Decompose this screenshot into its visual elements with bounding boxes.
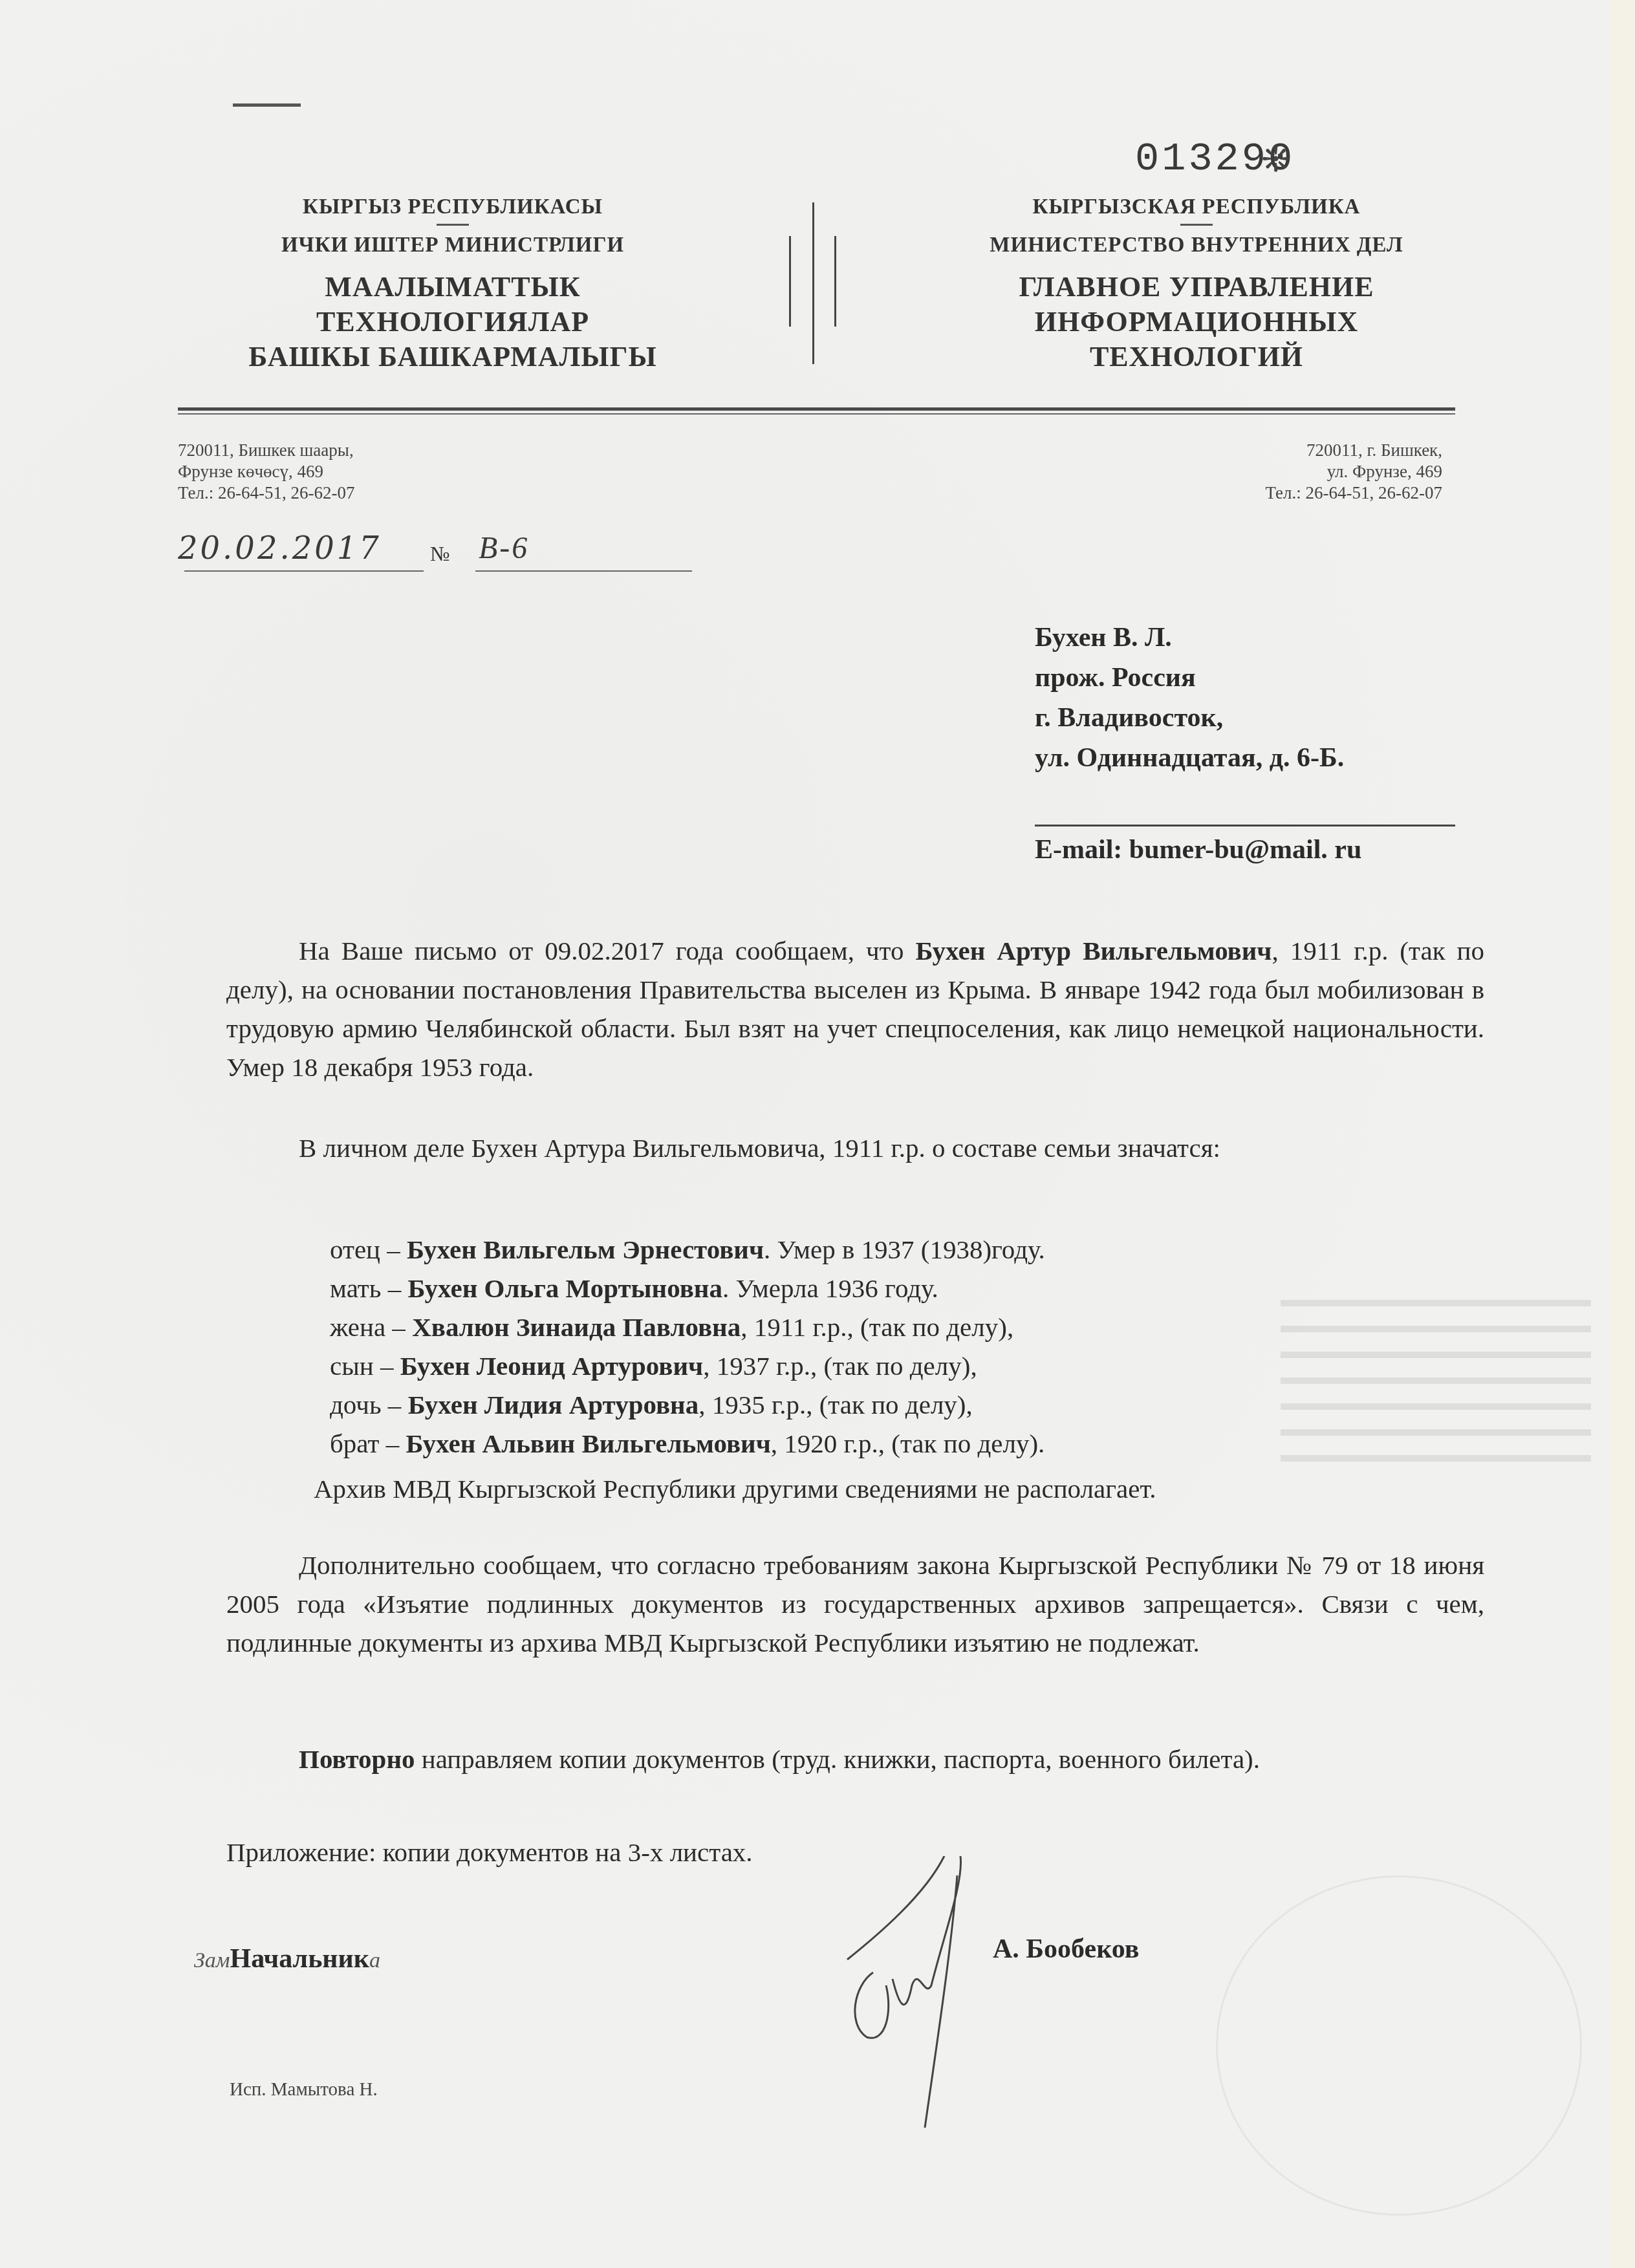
header-rule-thin — [178, 413, 1455, 415]
p4-bold: Повторно — [299, 1744, 415, 1774]
address-line: Фрунзе көчөсү, 469 — [178, 461, 354, 482]
signatory-name: А. Бообеков — [993, 1934, 1139, 1965]
position-prefix-handwritten: Зам — [194, 1949, 230, 1972]
member-note: , 1920 г.р., (так по делу). — [771, 1429, 1045, 1458]
scan-edge — [1610, 0, 1635, 2268]
recipient-block: Бухен В. Л. прож. Россия г. Владивосток,… — [1035, 618, 1344, 778]
family-member-row: жена – Хвалюн Зинаида Павловна, 1911 г.р… — [330, 1308, 1045, 1346]
serial-mark-icon: ❊ — [1261, 139, 1290, 180]
family-member-row: дочь – Бухен Лидия Артуровна, 1935 г.р.,… — [330, 1385, 1045, 1424]
address-line: ул. Фрунзе, 469 — [1099, 461, 1442, 482]
relation: сын – — [330, 1351, 400, 1381]
registration-date: 20.02.2017 — [178, 530, 382, 567]
family-member-row: сын – Бухен Леонид Артурович, 1937 г.р.,… — [330, 1346, 1045, 1385]
header-left-department: Маалыматтык Технологиялар Башкы башкарма… — [162, 270, 744, 374]
family-member-row: мать – Бухен Ольга Мортыновна. Умерла 19… — [330, 1269, 1045, 1308]
member-name: Бухен Лидия Артуровна — [408, 1390, 699, 1420]
executor-note: Исп. Мамытова Н. — [230, 2079, 378, 2101]
header-left-dept-line: Башкы башкармалыгы — [162, 340, 744, 374]
address-right: 720011, г. Бишкек, ул. Фрунзе, 469 Тел.:… — [1099, 440, 1442, 504]
position-suffix-handwritten: а — [369, 1949, 380, 1972]
faint-stamp — [1216, 1875, 1582, 2216]
relation: брат – — [330, 1429, 406, 1458]
address-line: 720011, г. Бишкек, — [1099, 440, 1442, 461]
handwritten-signature — [796, 1856, 990, 2128]
relation: отец – — [330, 1235, 407, 1264]
family-member-row: брат – Бухен Альвин Вильгельмович, 1920 … — [330, 1424, 1045, 1463]
body-paragraph-4: Повторно направляем копии документов (тр… — [226, 1740, 1484, 1778]
member-note: , 1937 г.р., (так по делу), — [703, 1351, 977, 1381]
p4-rest: направляем копии документов (труд. книжк… — [415, 1744, 1261, 1774]
address-line: Тел.: 26-64-51, 26-62-07 — [1099, 482, 1442, 504]
header-left-divider — [437, 224, 469, 226]
corner-mark — [233, 103, 301, 107]
archive-note: Архив МВД Кыргызской Республики другими … — [314, 1473, 1156, 1504]
header-left-dept-line: Маалыматтык — [162, 270, 744, 305]
recipient-email: E-mail: bumer-bu@mail. ru — [1035, 834, 1361, 865]
header-right-dept-line: Главное управление — [905, 270, 1488, 305]
header-left: Кыргыз Республикасы Ички иштер министрли… — [162, 194, 744, 374]
signatory-position: ЗамНачальника — [194, 1943, 380, 1974]
member-note: . Умер в 1937 (1938)году. — [764, 1235, 1045, 1264]
member-name: Бухен Альвин Вильгельмович — [406, 1429, 770, 1458]
recipient-rule — [1035, 825, 1455, 826]
registration-line: 20.02.2017 № В-6 — [178, 530, 715, 569]
address-line: Тел.: 26-64-51, 26-62-07 — [178, 482, 354, 504]
p1-text-a: На Ваше письмо от 09.02.2017 года сообща… — [299, 936, 916, 966]
header-right: Кыргызская Республика Министерство внутр… — [905, 194, 1488, 374]
registration-number-label: № — [430, 542, 450, 566]
member-name: Бухен Вильгельм Эрнестович — [407, 1235, 764, 1264]
member-name: Хвалюн Зинаида Павловна — [412, 1312, 741, 1342]
member-note: , 1911 г.р., (так по делу), — [741, 1312, 1013, 1342]
relation: мать – — [330, 1273, 407, 1303]
relation: дочь – — [330, 1390, 408, 1420]
body-paragraph-3: Дополнительно сообщаем, что согласно тре… — [226, 1546, 1484, 1662]
relation: жена – — [330, 1312, 412, 1342]
header-right-divider — [1180, 224, 1213, 226]
registration-number-underline — [475, 570, 692, 572]
member-name: Бухен Ольга Мортыновна — [407, 1273, 722, 1303]
p1-person-name: Бухен Артур Вильгельмович — [916, 936, 1272, 966]
address-left: 720011, Бишкек шаары, Фрунзе көчөсү, 469… — [178, 440, 354, 504]
header-right-ministry: Министерство внутренних дел — [905, 232, 1488, 258]
registration-number: В-6 — [479, 530, 529, 566]
header-left-ministry: Ички иштер министрлиги — [162, 232, 744, 258]
header-divider-line — [789, 236, 791, 327]
header-right-dept-line: информационных — [905, 305, 1488, 340]
header-rule — [178, 407, 1455, 411]
header-left-dept-line: Технологиялар — [162, 305, 744, 340]
recipient-line: ул. Одиннадцатая, д. 6-Б. — [1035, 738, 1344, 778]
position-title: Начальник — [230, 1944, 369, 1974]
address-line: 720011, Бишкек шаары, — [178, 440, 354, 461]
header-right-department: Главное управление информационных технол… — [905, 270, 1488, 374]
appendix-note: Приложение: копии документов на 3-х лист… — [226, 1837, 753, 1868]
family-list: отец – Бухен Вильгельм Эрнестович. Умер … — [330, 1230, 1045, 1463]
header-right-dept-line: технологий — [905, 340, 1488, 374]
bleed-through-text — [1281, 1293, 1591, 1462]
letter-page: 013290 ❊ Кыргыз Республикасы Ички иштер … — [0, 0, 1610, 2268]
registration-date-underline — [184, 570, 424, 572]
recipient-line: г. Владивосток, — [1035, 698, 1344, 738]
body-paragraph-1: На Ваше письмо от 09.02.2017 года сообща… — [226, 931, 1484, 1086]
recipient-line: прож. Россия — [1035, 658, 1344, 698]
header-right-country: Кыргызская Республика — [905, 194, 1488, 220]
member-note: . Умерла 1936 году. — [722, 1273, 938, 1303]
header-divider-line — [812, 202, 814, 364]
recipient-line: Бухен В. Л. — [1035, 618, 1344, 658]
member-name: Бухен Леонид Артурович — [400, 1351, 703, 1381]
header-left-country: Кыргыз Республикасы — [162, 194, 744, 220]
header-divider-line — [834, 236, 836, 327]
member-note: , 1935 г.р., (так по делу), — [698, 1390, 973, 1420]
body-paragraph-2: В личном деле Бухен Артура Вильгельмович… — [226, 1129, 1484, 1167]
family-member-row: отец – Бухен Вильгельм Эрнестович. Умер … — [330, 1230, 1045, 1269]
